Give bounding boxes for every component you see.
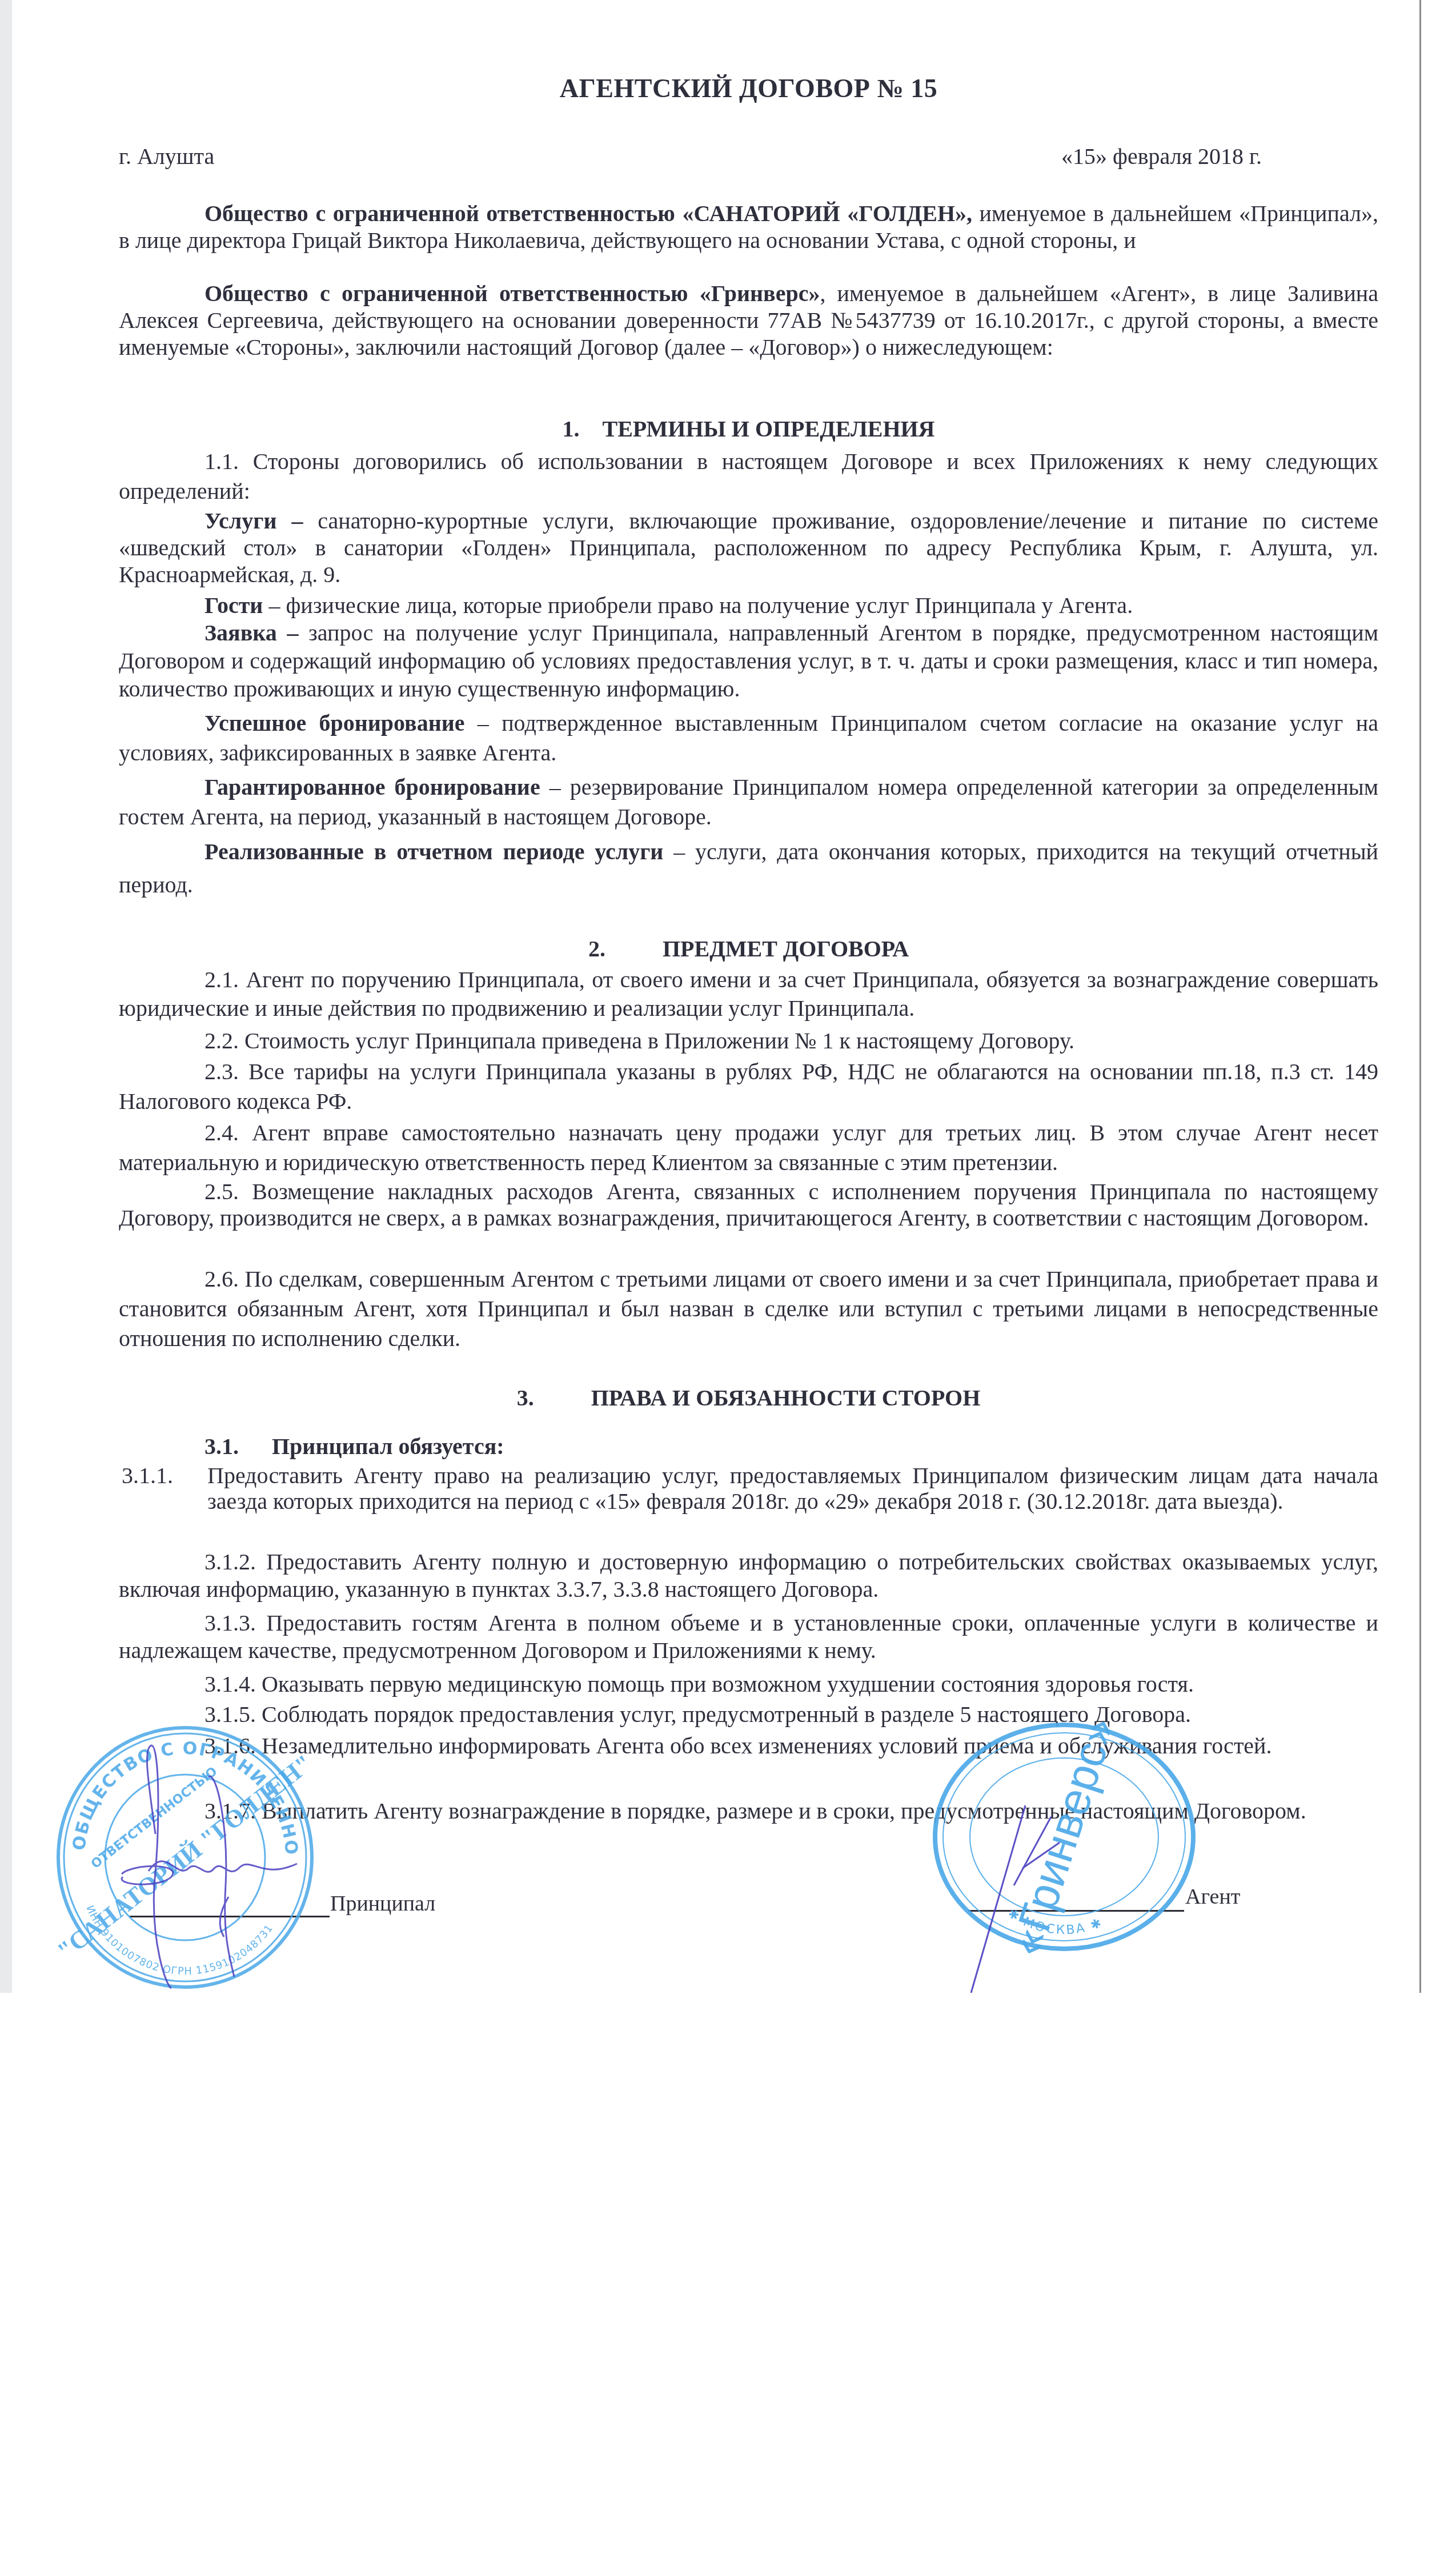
agent-signature — [0, 0, 1456, 2000]
scanned-page: АГЕНТСКИЙ ДОГОВОР № 15 г. Алушта «15» фе… — [0, 0, 1456, 1993]
